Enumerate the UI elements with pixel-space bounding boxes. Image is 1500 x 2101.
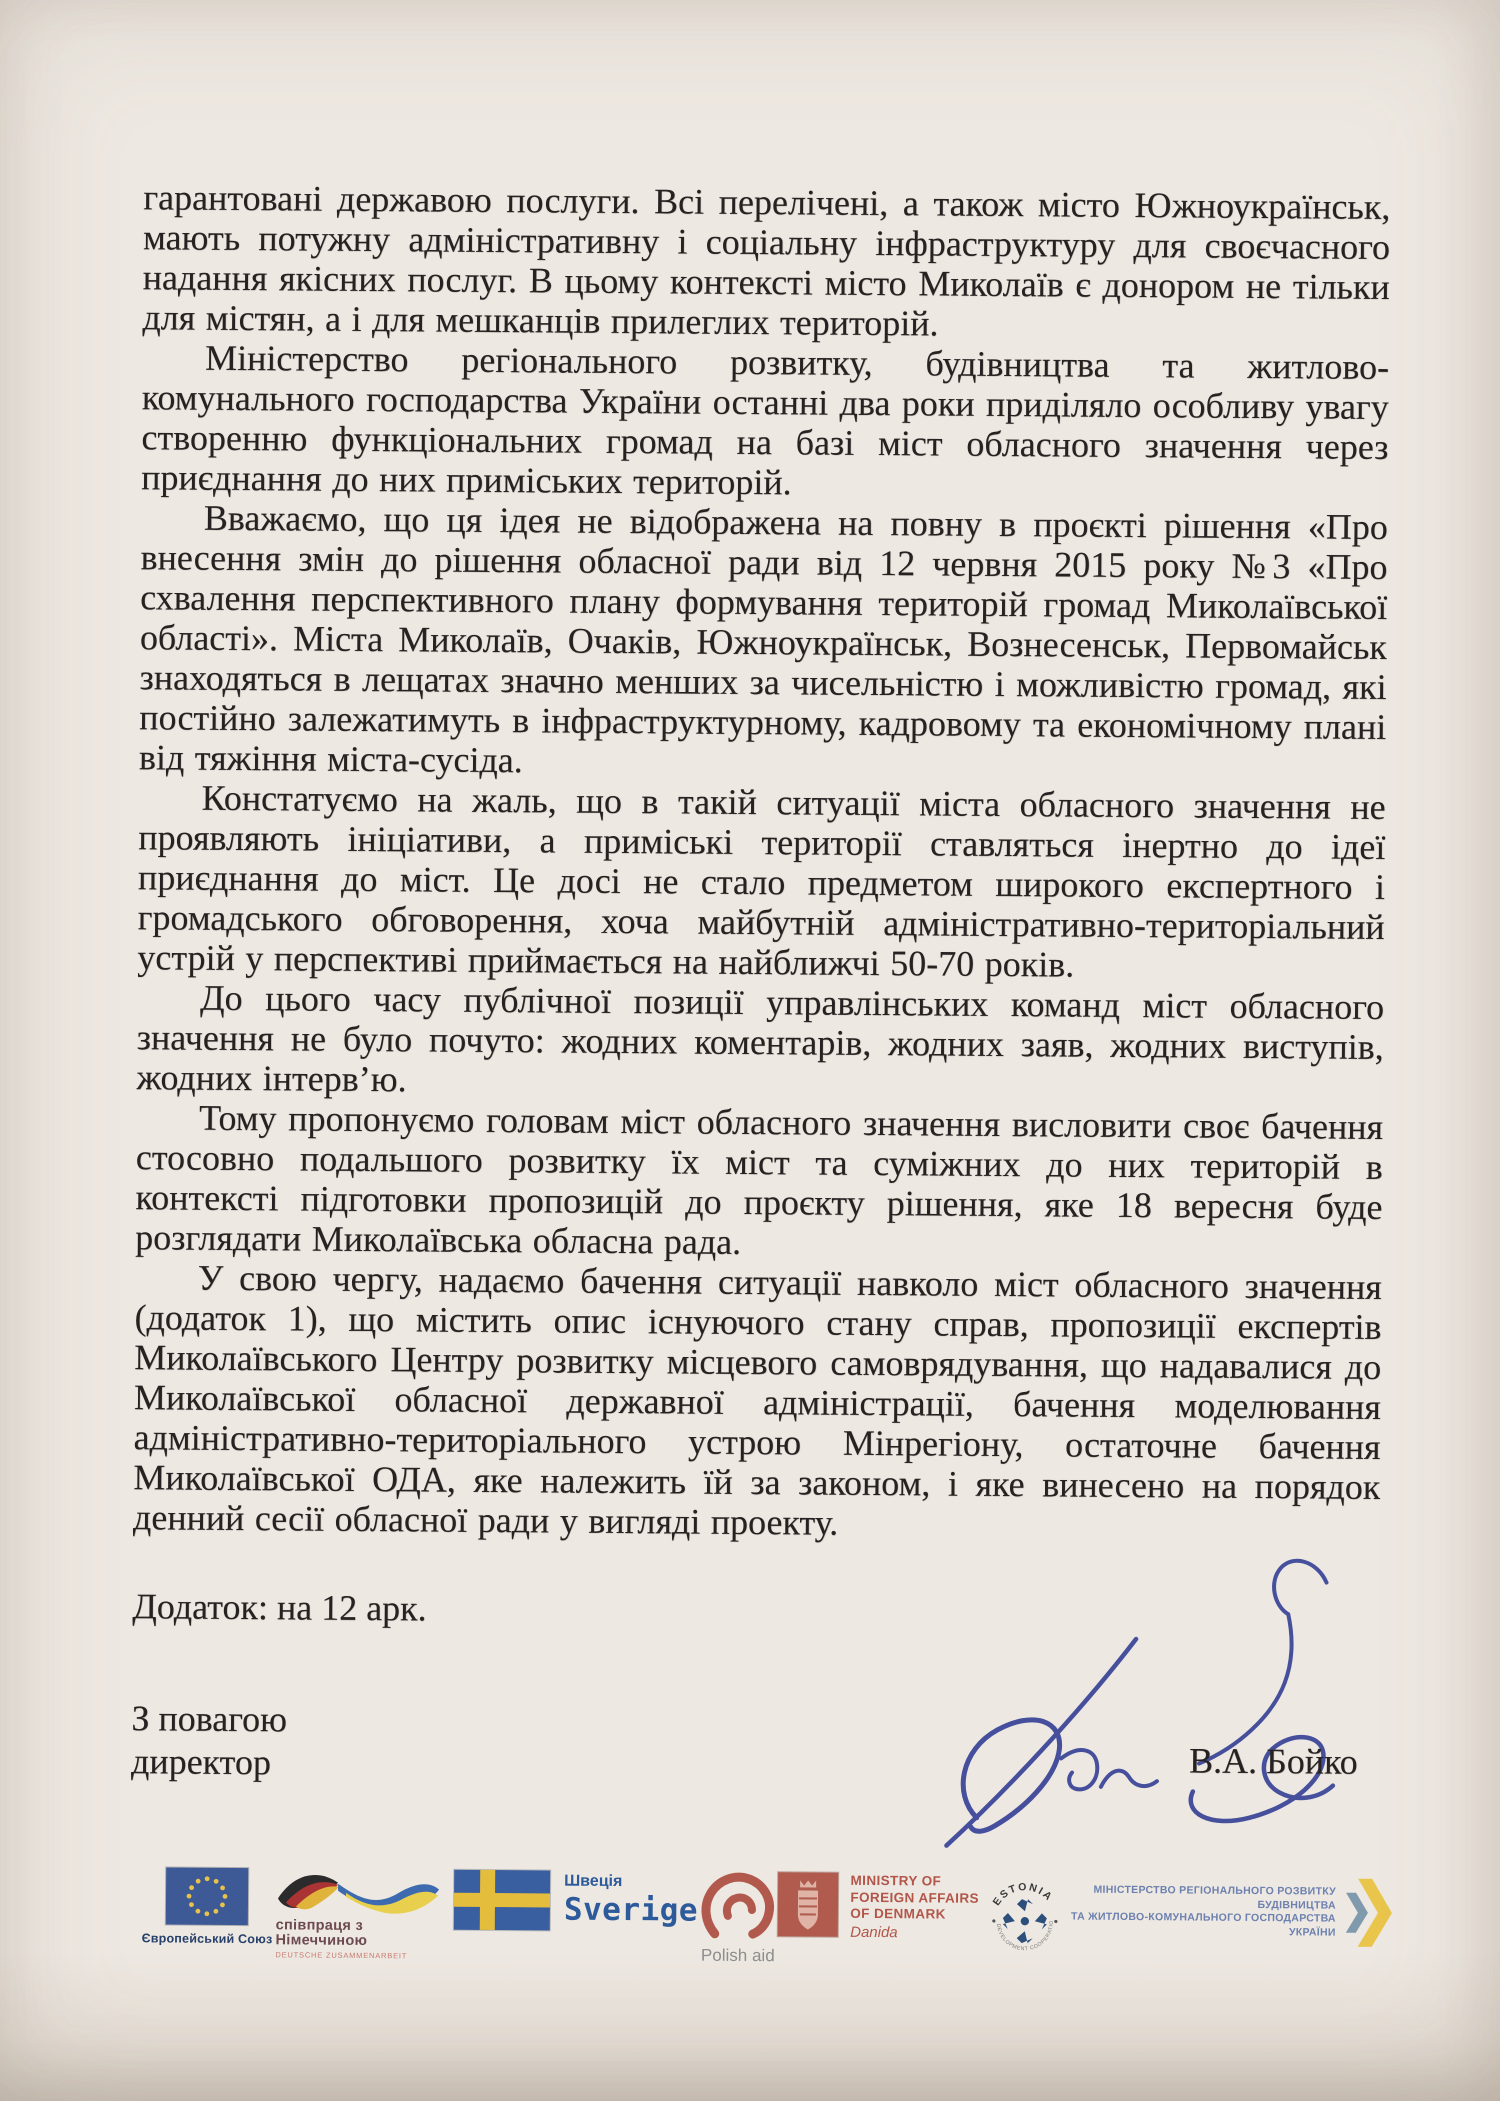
eu-caption: Європейський Союз xyxy=(142,1931,273,1946)
german-cooperation-label: співпраця з Німеччиною xyxy=(275,1918,367,1949)
denmark-danida-label: Danida xyxy=(850,1923,979,1941)
closing-block: З повагою директор xyxy=(131,1697,287,1784)
polish-aid-logo: Polish aid xyxy=(701,1872,776,1967)
german-label-line2: Німеччиною xyxy=(275,1932,367,1949)
signer-name: В.А. Бойко xyxy=(1189,1739,1358,1782)
paragraph-5: До цього часу публічної позиції управлін… xyxy=(136,977,1384,1107)
minregion-chevron-icon xyxy=(1346,1877,1393,1949)
paragraph-2: Міністерство регіонального розвитку, буд… xyxy=(141,337,1389,507)
handwritten-signature xyxy=(910,1549,1412,1863)
estonia-development-cooperation-icon: ESTONIA DEVELOPMENT COOPERATION xyxy=(982,1874,1069,1963)
minregion-logo: МІНІСТЕРСТВО РЕГІОНАЛЬНОГО РОЗВИТКУ БУДІ… xyxy=(1071,1875,1392,1950)
estonia-logo: ESTONIA DEVELOPMENT COOPERATION xyxy=(982,1874,1069,1963)
german-ukrainian-ribbon-icon xyxy=(276,1868,441,1917)
denmark-logo: MINISTRY OF FOREIGN AFFAIRS OF DENMARK D… xyxy=(778,1872,979,1941)
denmark-label-line1: MINISTRY OF xyxy=(850,1873,979,1891)
sweden-label-uk: Швеція xyxy=(564,1873,698,1892)
paragraph-6: Тому пропонуємо головам міст обласного з… xyxy=(135,1097,1383,1267)
german-cooperation-logo: співпраця з Німеччиною DEUTSCHE ZUSAMMEN… xyxy=(275,1868,451,1960)
denmark-label-line2: FOREIGN AFFAIRS xyxy=(850,1889,979,1907)
polish-aid-label: Polish aid xyxy=(701,1946,775,1967)
eu-logo: Європейський Союз xyxy=(142,1867,273,1946)
denmark-coat-of-arms-icon xyxy=(778,1872,839,1936)
eu-flag-icon xyxy=(166,1867,248,1925)
sweden-logo: Швеція Sverige xyxy=(454,1870,699,1932)
sweden-flag-icon xyxy=(454,1870,550,1931)
minregion-label-line4: УКРАЇНИ xyxy=(1071,1924,1336,1940)
footer-logos: Європейський Союз співпраця з Німеччиною… xyxy=(141,1867,1392,2002)
paragraph-1: гарантовані державою послуги. Всі перелі… xyxy=(142,177,1390,347)
closing-salutation: З повагою xyxy=(131,1697,287,1741)
denmark-label-line3: OF DENMARK xyxy=(850,1906,979,1924)
german-cooperation-subtext: DEUTSCHE ZUSAMMENARBEIT xyxy=(275,1950,407,1960)
paragraph-7: У свою чергу, надаємо бачення ситуації н… xyxy=(133,1257,1382,1547)
scanned-letter-page: гарантовані державою послуги. Всі перелі… xyxy=(0,0,1500,2101)
polish-aid-icon xyxy=(701,1872,776,1943)
paragraph-3: Вважаємо, що ця ідея не відображена на п… xyxy=(139,497,1388,787)
closing-title: директор xyxy=(131,1740,287,1784)
letter-body: гарантовані державою послуги. Всі перелі… xyxy=(133,177,1391,1582)
attachment-note: Додаток: на 12 арк. xyxy=(132,1585,427,1629)
sweden-label-sv: Sverige xyxy=(564,1892,698,1929)
paragraph-4: Констатуємо на жаль, що в такій ситуації… xyxy=(137,777,1386,987)
